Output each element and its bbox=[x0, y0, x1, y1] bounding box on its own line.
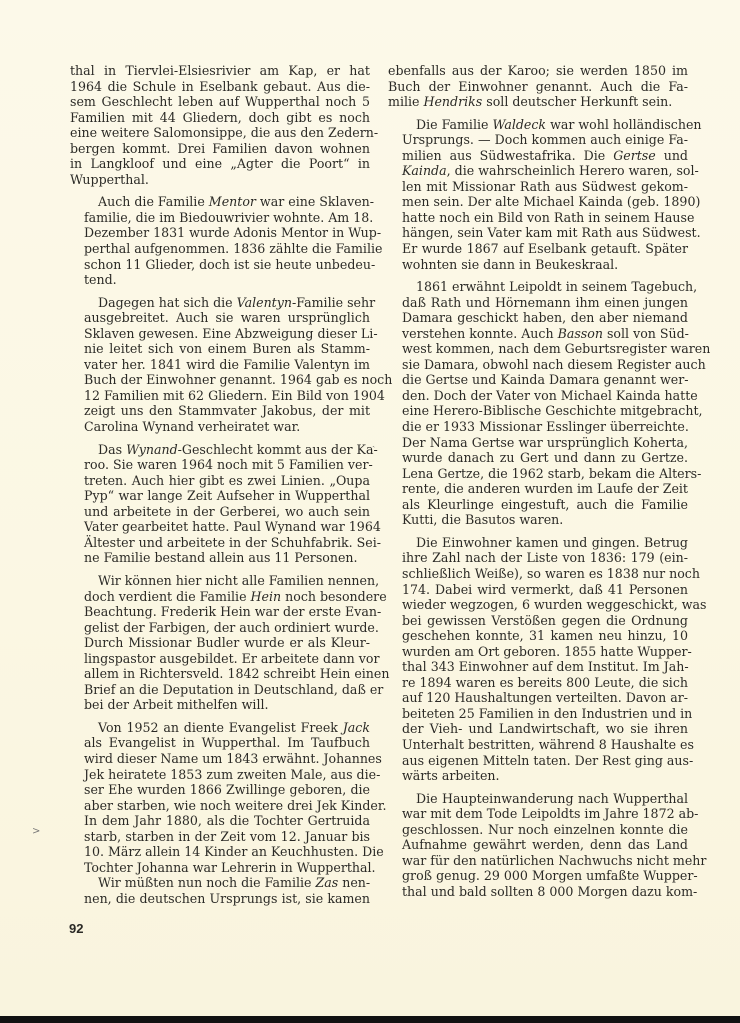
text-line: war mit dem Tode Leipoldts im Jahre 1872… bbox=[388, 806, 688, 822]
text-line: sem Geschlecht leben auf Wupperthal noch… bbox=[70, 94, 370, 110]
text-line: wohnten sie dann in Beukeskraal. bbox=[388, 257, 688, 273]
text-line: starb, starben in der Zeit vom 12. Janua… bbox=[70, 829, 370, 845]
text-line: aber starben, wie noch weitere drei Jek … bbox=[70, 798, 370, 814]
text-line: vater her. 1841 wird die Familie Valenty… bbox=[70, 357, 370, 373]
text-line: sie Damara, obwohl nach diesem Register … bbox=[388, 357, 688, 373]
text-line: eine Herero-Biblische Geschichte mitgebr… bbox=[388, 403, 688, 419]
paragraph: Die Haupteinwanderung nach Wupperthalwar… bbox=[388, 791, 688, 900]
paragraph: 1861 erwähnt Leipoldt in seinem Tagebuch… bbox=[388, 279, 688, 528]
text-line: der Vieh- und Landwirtschaft, wo sie ihr… bbox=[388, 721, 688, 737]
text-line: Beachtung. Frederik Hein war der erste E… bbox=[70, 604, 370, 620]
text-line: wieder wegzogen, 6 wurden weggeschickt, … bbox=[388, 597, 688, 613]
text-line: tend. bbox=[70, 272, 370, 288]
text-line: milie Hendriks soll deutscher Herkunft s… bbox=[388, 94, 688, 110]
text-line: geschlossen. Nur noch einzelnen konnte d… bbox=[388, 822, 688, 838]
text-line: groß genug. 29 000 Morgen umfaßte Wupper… bbox=[388, 868, 688, 884]
text-line: Kainda, die wahrscheinlich Herero waren,… bbox=[388, 163, 688, 179]
text-line: perthal aufgenommen. 1836 zählte die Fam… bbox=[70, 241, 370, 257]
text-line: Wir können hier nicht alle Familien nenn… bbox=[70, 573, 370, 589]
text-line: Unterhalt bestritten, während 8 Haushalt… bbox=[388, 737, 688, 753]
text-line: lingspastor ausgebildet. Er arbeitete da… bbox=[70, 651, 370, 667]
text-line: eine weitere Salomonsippe, die aus den Z… bbox=[70, 125, 370, 141]
text-line: Ältester und arbeitete in der Schuhfabri… bbox=[70, 535, 370, 551]
text-line: thal und bald sollten 8 000 Morgen dazu … bbox=[388, 884, 688, 900]
text-line: geschehen konnte, 31 kamen neu hinzu, 10 bbox=[388, 628, 688, 644]
text-line: Durch Missionar Budler wurde er als Kleu… bbox=[70, 635, 370, 651]
left-column: thal in Tiervlei-Elsiesrivier am Kap, er… bbox=[70, 63, 370, 913]
text-line: verstehen konnte. Auch Basson soll von S… bbox=[388, 326, 688, 342]
text-line: 174. Dabei wird vermerkt, daß 41 Persone… bbox=[388, 582, 688, 598]
text-line: nie leitet sich von einem Buren als Stam… bbox=[70, 341, 370, 357]
text-line: Lena Gertze, die 1962 starb, bekam die A… bbox=[388, 466, 688, 482]
text-line: thal in Tiervlei-Elsiesrivier am Kap, er… bbox=[70, 63, 370, 79]
text-line: gelist der Farbigen, der auch ordiniert … bbox=[70, 620, 370, 636]
text-line: rente, die anderen wurden im Laufe der Z… bbox=[388, 481, 688, 497]
paragraph: ebenfalls aus der Karoo; sie werden 1850… bbox=[388, 63, 688, 110]
text-line: Die Familie Waldeck war wohl holländisch… bbox=[388, 117, 688, 133]
paragraph: Wir müßten nun noch die Familie Zas nen-… bbox=[70, 875, 370, 906]
text-line: nen, die deutschen Ursprungs ist, sie ka… bbox=[70, 891, 370, 907]
text-line: auf 120 Haushaltungen verteilten. Davon … bbox=[388, 690, 688, 706]
text-line: Dezember 1831 wurde Adonis Mentor in Wup… bbox=[70, 225, 370, 241]
text-line: die er 1933 Missionar Esslinger überreic… bbox=[388, 419, 688, 435]
text-line: Familien mit 44 Gliedern, doch gibt es n… bbox=[70, 110, 370, 126]
text-line: Die Einwohner kamen und gingen. Betrug bbox=[388, 535, 688, 551]
text-line: treten. Auch hier gibt es zwei Linien. „… bbox=[70, 473, 370, 489]
text-line: allem in Richtersveld. 1842 schreibt Hei… bbox=[70, 666, 370, 682]
text-line: den. Doch der Vater von Michael Kainda h… bbox=[388, 388, 688, 404]
text-line: thal 343 Einwohner auf dem Institut. Im … bbox=[388, 659, 688, 675]
paragraph: Das Wynand-Geschlecht kommt aus der Ka-r… bbox=[70, 442, 370, 566]
text-line: in Langkloof und eine „Agter die Poort“ … bbox=[70, 156, 370, 172]
text-line: Buch der Einwohner genannt. Auch die Fa- bbox=[388, 79, 688, 95]
paragraph: Dagegen hat sich die Valentyn-Familie se… bbox=[70, 295, 370, 435]
text-line: Jek heiratete 1853 zum zweiten Male, aus… bbox=[70, 767, 370, 783]
text-line: Brief an die Deputation in Deutschland, … bbox=[70, 682, 370, 698]
text-line: bei gewissen Verstößen gegen die Ordnung bbox=[388, 613, 688, 629]
text-line: wärts arbeiten. bbox=[388, 768, 688, 784]
text-line: Das Wynand-Geschlecht kommt aus der Ka- bbox=[70, 442, 370, 458]
text-line: wurde danach zu Gert und dann zu Gertze. bbox=[388, 450, 688, 466]
text-line: hatte noch ein Bild von Rath in seinem H… bbox=[388, 210, 688, 226]
text-line: schließlich Weiße), so waren es 1838 nur… bbox=[388, 566, 688, 582]
text-line: Damara geschickt haben, den aber niemand bbox=[388, 310, 688, 326]
text-line: Kutti, die Basutos waren. bbox=[388, 512, 688, 528]
text-line: ihre Zahl nach der Liste von 1836: 179 (… bbox=[388, 550, 688, 566]
text-line: ser Ehe wurden 1866 Zwillinge geboren, d… bbox=[70, 782, 370, 798]
text-line: Carolina Wynand verheiratet war. bbox=[70, 419, 370, 435]
text-line: hängen, sein Vater kam mit Rath aus Südw… bbox=[388, 225, 688, 241]
text-line: ausgebreitet. Auch sie waren ursprünglic… bbox=[70, 310, 370, 326]
paragraph: thal in Tiervlei-Elsiesrivier am Kap, er… bbox=[70, 63, 370, 187]
book-page: thal in Tiervlei-Elsiesrivier am Kap, er… bbox=[0, 0, 740, 1016]
paragraph: Die Familie Waldeck war wohl holländisch… bbox=[388, 117, 688, 272]
text-line: beiteten 25 Familien in den Industrien u… bbox=[388, 706, 688, 722]
text-line: ebenfalls aus der Karoo; sie werden 1850… bbox=[388, 63, 688, 79]
paragraph: Von 1952 an diente Evangelist Freek Jack… bbox=[70, 720, 370, 875]
text-line: ne Familie bestand allein aus 11 Persone… bbox=[70, 550, 370, 566]
text-line: aus eigenen Mitteln taten. Der Rest ging… bbox=[388, 753, 688, 769]
text-line: Tochter Johanna war Lehrerin in Wupperth… bbox=[70, 860, 370, 876]
text-line: Von 1952 an diente Evangelist Freek Jack bbox=[70, 720, 370, 736]
text-line: Der Nama Gertse war ursprünglich Koherta… bbox=[388, 435, 688, 451]
text-line: 1964 die Schule in Eselbank gebaut. Aus … bbox=[70, 79, 370, 95]
text-line: In dem Jahr 1880, als die Tochter Gertru… bbox=[70, 813, 370, 829]
text-line: Buch der Einwohner genannt. 1964 gab es … bbox=[70, 372, 370, 388]
text-line: bei der Arbeit mithelfen will. bbox=[70, 697, 370, 713]
paragraph: Auch die Familie Mentor war eine Sklaven… bbox=[70, 194, 370, 287]
right-column: ebenfalls aus der Karoo; sie werden 1850… bbox=[388, 63, 688, 906]
text-line: als Kleurlinge eingestuft, auch die Fami… bbox=[388, 497, 688, 513]
text-line: doch verdient die Familie Hein noch beso… bbox=[70, 589, 370, 605]
text-line: roo. Sie waren 1964 noch mit 5 Familien … bbox=[70, 457, 370, 473]
text-line: Aufnahme gewährt werden, denn das Land bbox=[388, 837, 688, 853]
text-line: west kommen, nach dem Geburtsregister wa… bbox=[388, 341, 688, 357]
text-line: milien aus Südwestafrika. Die Gertse und bbox=[388, 148, 688, 164]
text-line: 12 Familien mit 62 Gliedern. Ein Bild vo… bbox=[70, 388, 370, 404]
text-line: war für den natürlichen Nachwuchs nicht … bbox=[388, 853, 688, 869]
text-line: Wir müßten nun noch die Familie Zas nen- bbox=[70, 875, 370, 891]
paragraph: Wir können hier nicht alle Familien nenn… bbox=[70, 573, 370, 713]
text-line: 1861 erwähnt Leipoldt in seinem Tagebuch… bbox=[388, 279, 688, 295]
page-number: 92 bbox=[69, 921, 83, 936]
paragraph: Die Einwohner kamen und gingen. Betrugih… bbox=[388, 535, 688, 784]
text-line: Vater gearbeitet hatte. Paul Wynand war … bbox=[70, 519, 370, 535]
text-line: Sklaven gewesen. Eine Abzweigung dieser … bbox=[70, 326, 370, 342]
text-line: Die Haupteinwanderung nach Wupperthal bbox=[388, 791, 688, 807]
text-line: wird dieser Name um 1843 erwähnt. Johann… bbox=[70, 751, 370, 767]
text-line: Dagegen hat sich die Valentyn-Familie se… bbox=[70, 295, 370, 311]
margin-mark: > bbox=[32, 826, 40, 837]
text-line: als Evangelist in Wupperthal. Im Taufbuc… bbox=[70, 735, 370, 751]
text-line: Auch die Familie Mentor war eine Sklaven… bbox=[70, 194, 370, 210]
text-line: 10. März allein 14 Kinder an Keuchhusten… bbox=[70, 844, 370, 860]
text-line: Wupperthal. bbox=[70, 172, 370, 188]
text-line: bergen kommt. Drei Familien davon wohnen bbox=[70, 141, 370, 157]
scan-edge bbox=[0, 1016, 740, 1023]
text-line: len mit Missionar Rath aus Südwest gekom… bbox=[388, 179, 688, 195]
text-line: Er wurde 1867 auf Eselbank getauft. Spät… bbox=[388, 241, 688, 257]
text-line: und arbeitete in der Gerberei, wo auch s… bbox=[70, 504, 370, 520]
text-line: familie, die im Biedouwrivier wohnte. Am… bbox=[70, 210, 370, 226]
text-line: men sein. Der alte Michael Kainda (geb. … bbox=[388, 194, 688, 210]
text-line: wurden am Ort geboren. 1855 hatte Wupper… bbox=[388, 644, 688, 660]
text-line: die Gertse und Kainda Damara genannt wer… bbox=[388, 372, 688, 388]
margin-mark: ˎ bbox=[372, 437, 375, 448]
text-line: daß Rath und Hörnemann ihm einen jungen bbox=[388, 295, 688, 311]
text-line: Pyp“ war lange Zeit Aufseher in Wupperth… bbox=[70, 488, 370, 504]
text-line: zeigt uns den Stammvater Jakobus, der mi… bbox=[70, 403, 370, 419]
text-line: Ursprungs. — Doch kommen auch einige Fa- bbox=[388, 132, 688, 148]
text-line: schon 11 Glieder, doch ist sie heute unb… bbox=[70, 257, 370, 273]
text-line: re 1894 waren es bereits 800 Leute, die … bbox=[388, 675, 688, 691]
